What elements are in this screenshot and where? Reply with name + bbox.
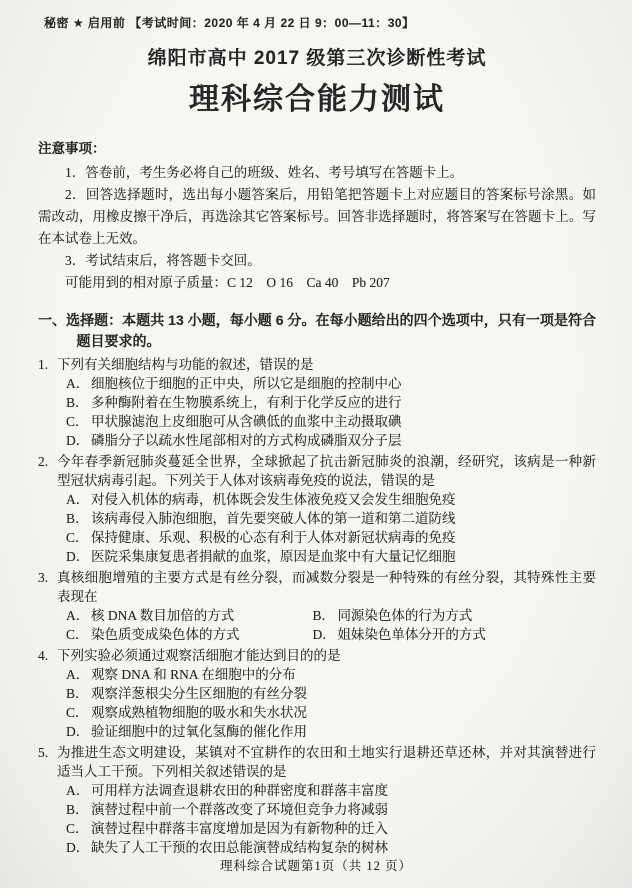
question-stem: 下列有关细胞结构与功能的叙述，错误的是 (57, 355, 596, 374)
option: B． 演替过程中前一个群落改变了环境但竞争力将减弱 (66, 800, 596, 819)
option-label: B． (66, 509, 91, 528)
option-label: D． (312, 625, 337, 644)
options-list: A． 可用样方法调查退耕农田的种群密度和群落丰富度 B． 演替过程中前一个群落改… (66, 781, 596, 857)
option-text: 磷脂分子以疏水性尾部相对的方式构成磷脂双分子层 (91, 431, 596, 450)
question-1: 1. 下列有关细胞结构与功能的叙述，错误的是 A． 细胞核位于细胞的正中央，所以… (38, 355, 596, 450)
notice-item-3: 3．考试结束后，将答题卡交回。 (38, 250, 596, 272)
option-text: 观察成熟植物细胞的吸水和失水状况 (91, 703, 596, 722)
option: D． 医院采集康复患者捐献的血浆，原因是血浆中有大量记忆细胞 (66, 547, 596, 566)
option: C． 保持健康、乐观、积极的心态有利于人体对新冠状病毒的免疫 (66, 528, 596, 547)
option-label: D． (66, 722, 91, 741)
option-text: 染色质变成染色体的方式 (91, 625, 312, 644)
option-label: A． (66, 374, 91, 393)
notice-section: 注意事项： 1．答卷前，考生务必将自己的班级、姓名、考号填写在答题卡上。 2．回… (38, 138, 596, 294)
option-label: C． (66, 819, 91, 838)
section-one-heading: 一、选择题：本题共 13 小题，每小题 6 分。在每小题给出的四个选项中，只有一… (38, 310, 596, 352)
option-text: 核 DNA 数目加倍的方式 (91, 606, 312, 625)
option-text: 姐妹染色单体分开的方式 (337, 625, 596, 644)
security-header: 秘密 ★ 启用前 【考试时间：2020 年 4 月 22 日 9：00—11：3… (44, 14, 596, 31)
page-footer: 理科综合试题第1页（共 12 页） (0, 856, 632, 874)
option-text: 多种酶附着在生物膜系统上，有利于化学反应的进行 (91, 393, 596, 412)
exam-paper-page: 秘密 ★ 启用前 【考试时间：2020 年 4 月 22 日 9：00—11：3… (0, 0, 632, 888)
options-list: A． 核 DNA 数目加倍的方式 B． 同源染色体的行为方式 C． 染色质变成染… (66, 606, 596, 644)
option-label: A． (66, 665, 91, 684)
option-label: B． (66, 800, 91, 819)
question-stem: 下列实验必须通过观察活细胞才能达到目的的是 (57, 646, 596, 665)
option: B． 同源染色体的行为方式 (312, 606, 596, 625)
exam-title: 绵阳市高中 2017 级第三次诊断性考试 (38, 43, 596, 70)
option-label: D． (66, 838, 91, 857)
option: B． 多种酶附着在生物膜系统上，有利于化学反应的进行 (66, 393, 596, 412)
option-text: 可用样方法调查退耕农田的种群密度和群落丰富度 (91, 781, 596, 800)
option-text: 观察 DNA 和 RNA 在细胞中的分布 (91, 665, 596, 684)
notice-item-2: 2．回答选择题时，选出每小题答案后，用铅笔把答题卡上对应题目的答案标号涂黑。如需… (38, 184, 596, 250)
question-5: 5. 为推进生态文明建设，某镇对不宜耕作的农田和土地实行退耕还草还林，并对其演替… (38, 743, 596, 857)
option-text: 对侵入机体的病毒，机体既会发生体液免疫又会发生细胞免疫 (91, 490, 596, 509)
option: C． 观察成熟植物细胞的吸水和失水状况 (66, 703, 596, 722)
question-number: 2. (38, 452, 57, 566)
option-text: 演替过程中群落丰富度增加是因为有新物种的迁入 (91, 819, 596, 838)
question-2: 2. 今年春季新冠肺炎蔓延全世界，全球掀起了抗击新冠肺炎的浪潮，经研究，该病是一… (38, 452, 596, 566)
option: D． 姐妹染色单体分开的方式 (312, 625, 596, 644)
option-text: 同源染色体的行为方式 (337, 606, 596, 625)
option: A． 核 DNA 数目加倍的方式 (66, 606, 312, 625)
option-text: 医院采集康复患者捐献的血浆，原因是血浆中有大量记忆细胞 (91, 547, 596, 566)
option: A． 观察 DNA 和 RNA 在细胞中的分布 (66, 665, 596, 684)
subject-title: 理科综合能力测试 (38, 74, 596, 118)
question-stem: 为推进生态文明建设，某镇对不宜耕作的农田和土地实行退耕还草还林，并对其演替进行适… (57, 743, 596, 781)
question-number: 3. (38, 568, 57, 644)
option-text: 缺失了人工干预的农田总能演替成结构复杂的树林 (91, 838, 596, 857)
option-text: 验证细胞中的过氧化氢酶的催化作用 (91, 722, 596, 741)
options-list: A． 观察 DNA 和 RNA 在细胞中的分布 B． 观察洋葱根尖分生区细胞的有… (66, 665, 596, 741)
option-label: A． (66, 781, 91, 800)
option-text: 甲状腺滤泡上皮细胞可从含碘低的血浆中主动摄取碘 (91, 412, 596, 431)
option-label: D． (66, 547, 91, 566)
option: D． 磷脂分子以疏水性尾部相对的方式构成磷脂双分子层 (66, 431, 596, 450)
notice-heading: 注意事项： (38, 138, 596, 160)
option-text: 该病毒侵入肺泡细胞，首先要突破人体的第一道和第二道防线 (91, 509, 596, 528)
question-3: 3. 真核细胞增殖的主要方式是有丝分裂，而减数分裂是一种特殊的有丝分裂，其特殊性… (38, 568, 596, 644)
question-stem: 真核细胞增殖的主要方式是有丝分裂，而减数分裂是一种特殊的有丝分裂，其特殊性主要表… (57, 568, 596, 606)
option-text: 观察洋葱根尖分生区细胞的有丝分裂 (91, 684, 596, 703)
option: D． 缺失了人工干预的农田总能演替成结构复杂的树林 (66, 838, 596, 857)
option-label: C． (66, 703, 91, 722)
option-label: B． (312, 606, 337, 625)
option: C． 染色质变成染色体的方式 (66, 625, 312, 644)
question-number: 4. (38, 646, 57, 741)
notice-item-1: 1．答卷前，考生务必将自己的班级、姓名、考号填写在答题卡上。 (38, 162, 596, 184)
option: A． 可用样方法调查退耕农田的种群密度和群落丰富度 (66, 781, 596, 800)
options-list: A． 细胞核位于细胞的正中央，所以它是细胞的控制中心 B． 多种酶附着在生物膜系… (66, 374, 596, 450)
option-label: A． (66, 606, 91, 625)
option: C． 甲状腺滤泡上皮细胞可从含碘低的血浆中主动摄取碘 (66, 412, 596, 431)
option-label: C． (66, 412, 91, 431)
option-text: 保持健康、乐观、积极的心态有利于人体对新冠状病毒的免疫 (91, 528, 596, 547)
option: B． 该病毒侵入肺泡细胞，首先要突破人体的第一道和第二道防线 (66, 509, 596, 528)
question-stem: 今年春季新冠肺炎蔓延全世界，全球掀起了抗击新冠肺炎的浪潮，经研究，该病是一种新型… (57, 452, 596, 490)
option-label: D． (66, 431, 91, 450)
option-text: 演替过程中前一个群落改变了环境但竞争力将减弱 (91, 800, 596, 819)
question-number: 1. (38, 355, 57, 450)
options-list: A． 对侵入机体的病毒，机体既会发生体液免疫又会发生细胞免疫 B． 该病毒侵入肺… (66, 490, 596, 566)
option: D． 验证细胞中的过氧化氢酶的催化作用 (66, 722, 596, 741)
option-label: C． (66, 528, 91, 547)
question-number: 5. (38, 743, 57, 857)
atomic-masses-line: 可能用到的相对原子质量：C 12 O 16 Ca 40 Pb 207 (38, 272, 596, 294)
option-label: B． (66, 393, 91, 412)
option-label: B． (66, 684, 91, 703)
question-4: 4. 下列实验必须通过观察活细胞才能达到目的的是 A． 观察 DNA 和 RNA… (38, 646, 596, 741)
option-text: 细胞核位于细胞的正中央，所以它是细胞的控制中心 (91, 374, 596, 393)
option: B． 观察洋葱根尖分生区细胞的有丝分裂 (66, 684, 596, 703)
option: A． 细胞核位于细胞的正中央，所以它是细胞的控制中心 (66, 374, 596, 393)
option: C． 演替过程中群落丰富度增加是因为有新物种的迁入 (66, 819, 596, 838)
questions-list: 1. 下列有关细胞结构与功能的叙述，错误的是 A． 细胞核位于细胞的正中央，所以… (38, 355, 596, 857)
option: A． 对侵入机体的病毒，机体既会发生体液免疫又会发生细胞免疫 (66, 490, 596, 509)
option-label: A． (66, 490, 91, 509)
option-label: C． (66, 625, 91, 644)
